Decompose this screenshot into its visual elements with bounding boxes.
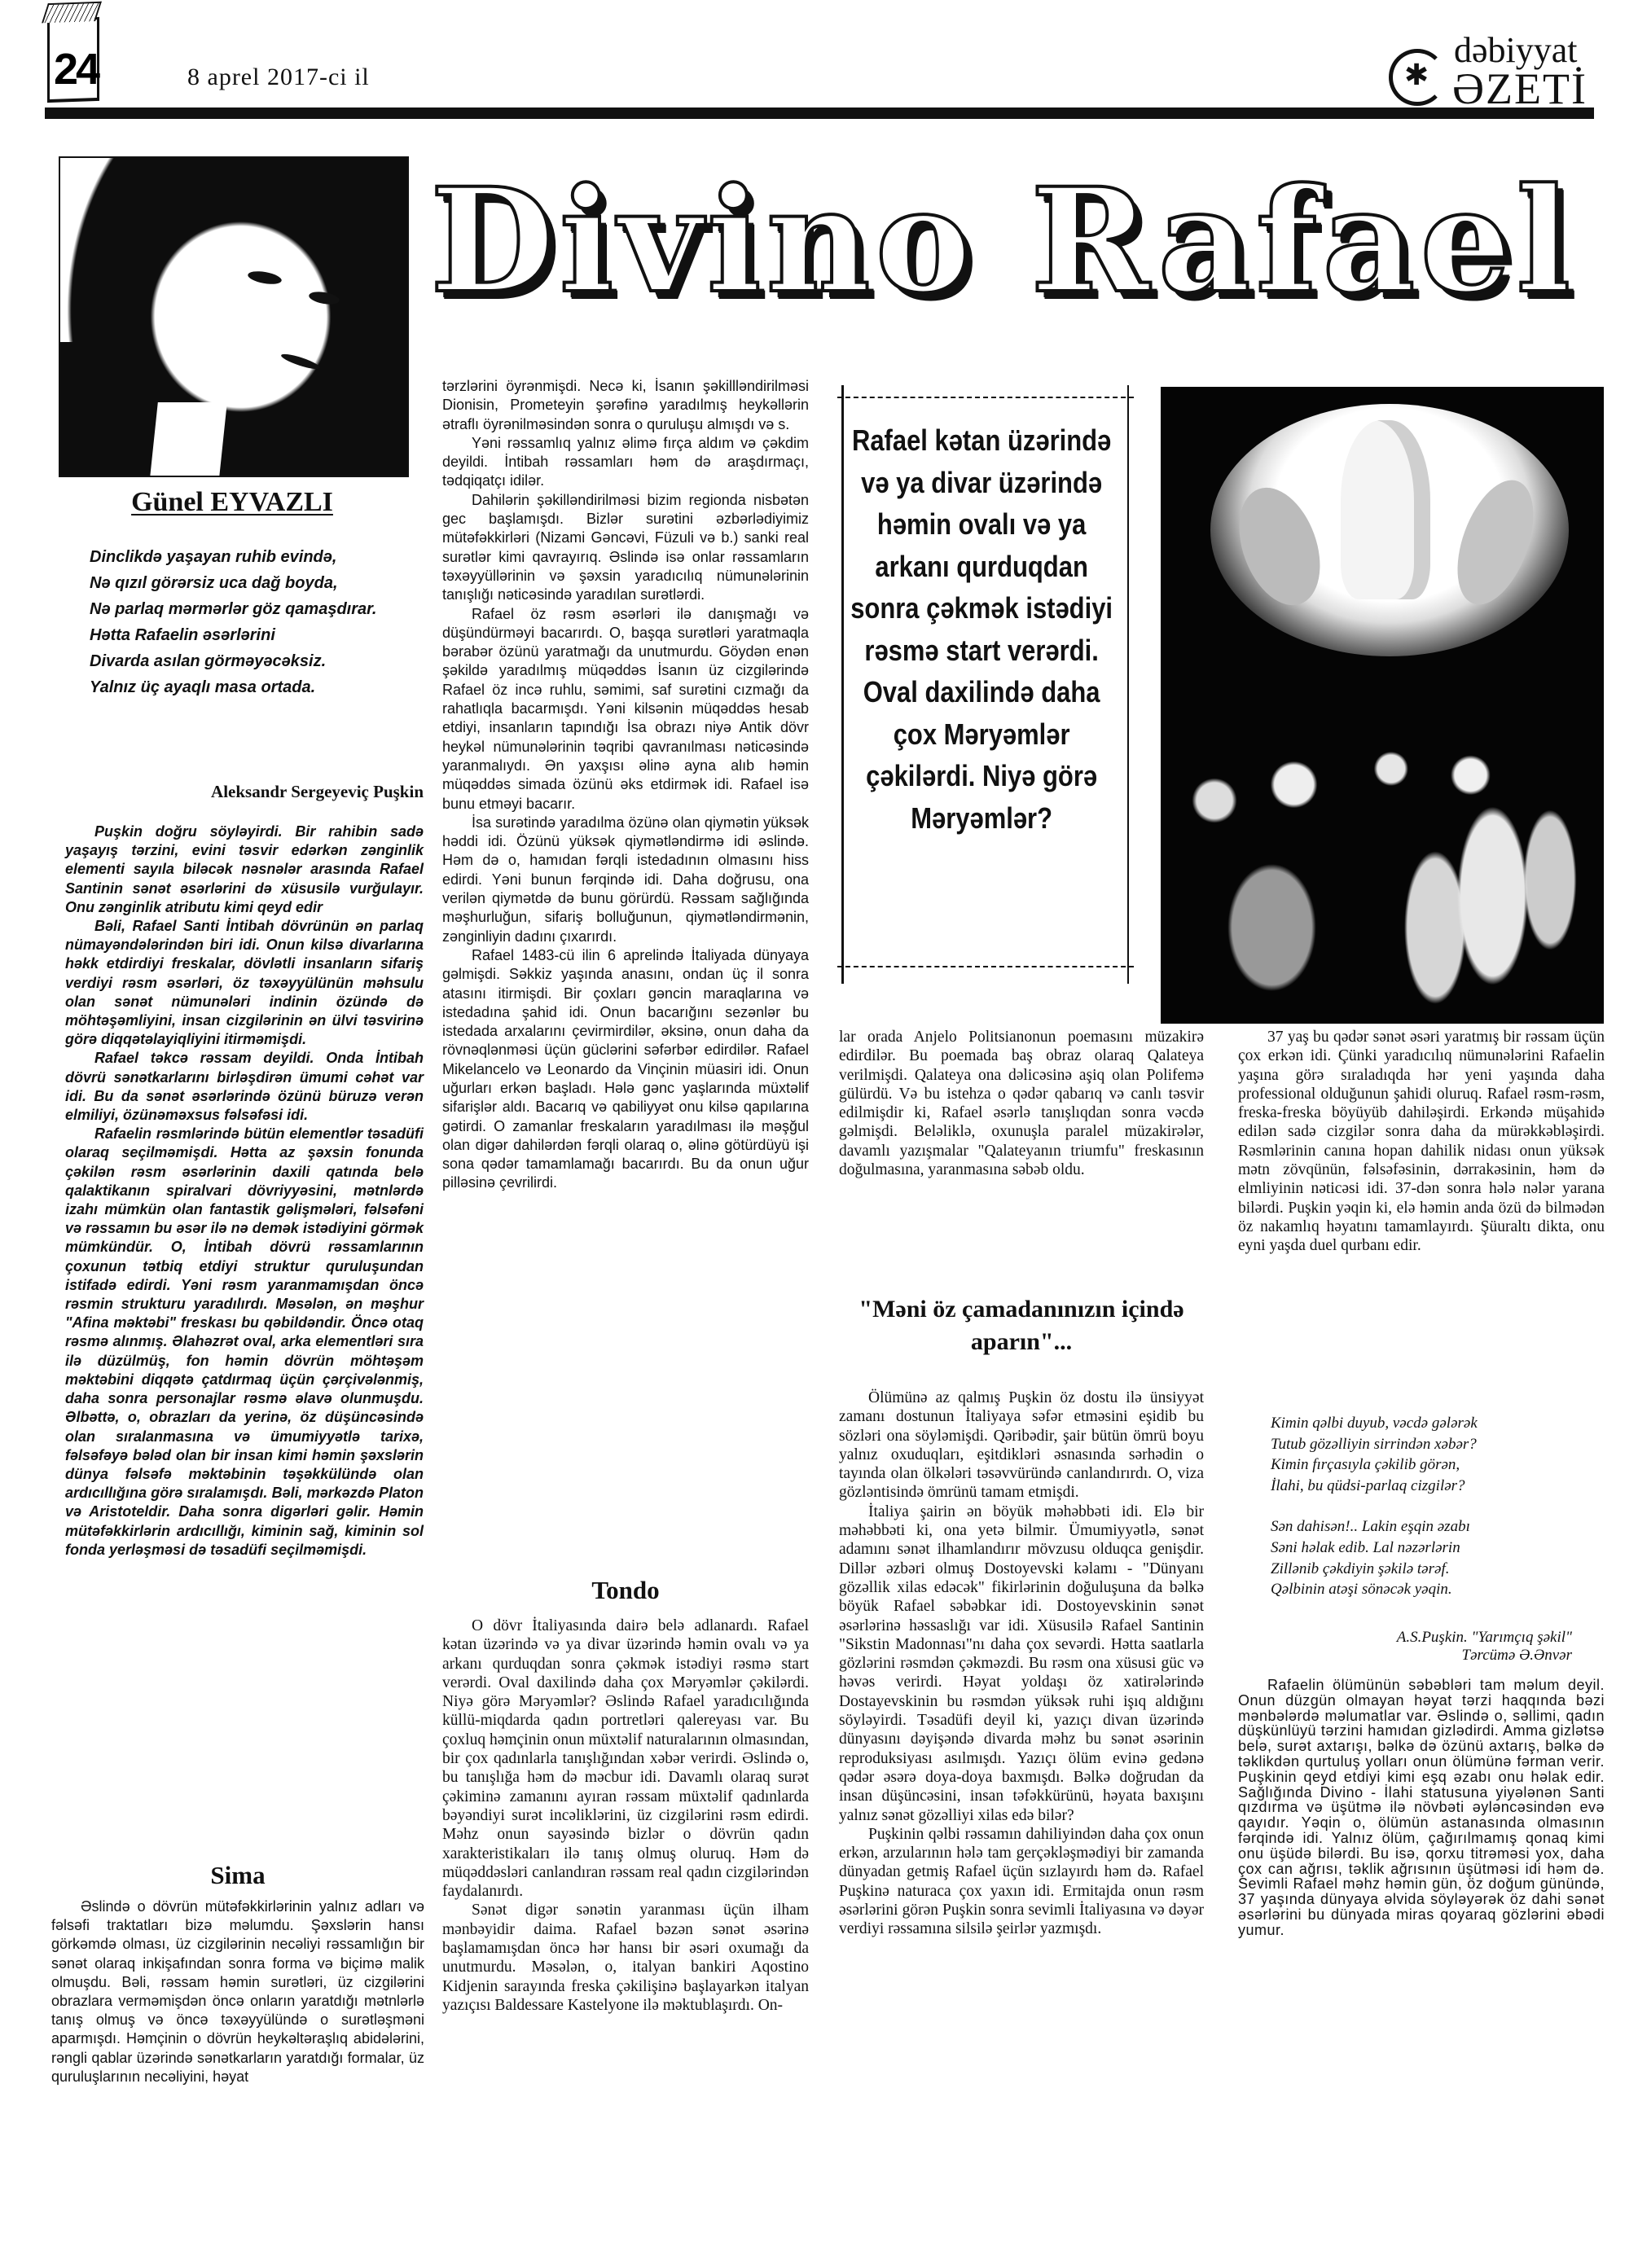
paragraph: Bəli, Rafael Santi İntibah dövrünün ən p… bbox=[65, 917, 424, 1049]
masthead-title-bottom: ƏZETİ bbox=[1452, 67, 1587, 111]
epigraph-author: Aleksandr Sergeyeviç Puşkin bbox=[122, 782, 424, 802]
masthead-emblem-icon bbox=[1389, 49, 1446, 106]
poem-line: Hətta Rafaelin əsərlərini bbox=[90, 622, 432, 648]
closing-poem: Kimin qəlbi duyub, vəcdə gələrək Tutub g… bbox=[1271, 1413, 1596, 1600]
paragraph: Yəni rəssamlıq yalnız əlimə fırça aldım … bbox=[442, 434, 809, 491]
poem-line: Divarda asılan görməyəcəksiz. bbox=[90, 648, 432, 674]
page-number: 24 bbox=[54, 47, 98, 91]
poem-line: Nə parlaq mərmərlər göz qamaşdırar. bbox=[90, 596, 432, 622]
paragraph: Rafael 1483-cü ilin 6 aprelində İtaliyad… bbox=[442, 946, 809, 1193]
pull-quote-text: Rafael kətan üzərində və ya divar üzərin… bbox=[847, 419, 1116, 839]
final-column: Rafaelin ölümünün səbəbləri tam məlum de… bbox=[1238, 1678, 1605, 1938]
paragraph: Rafael təkcə rəssam deyildi. Onda İntiba… bbox=[65, 1049, 424, 1125]
painting-image bbox=[1161, 387, 1604, 1024]
paragraph: İtaliya şairin ən böyük məhəbbəti idi. E… bbox=[839, 1502, 1204, 1825]
article-title: Divino Rafael bbox=[430, 169, 1587, 340]
poem-line: Qəlbinin atəşi sönəcək yəqin. bbox=[1271, 1579, 1596, 1600]
poem-credit: A.S.Puşkin. "Yarımçıq şəkil" Tərcümə Ə.Ə… bbox=[1287, 1629, 1572, 1665]
photo-background bbox=[60, 158, 407, 476]
masthead-title-top: dəbiyyat bbox=[1454, 33, 1578, 68]
stanza-gap bbox=[1271, 1496, 1596, 1516]
paragraph: Rafaelin rəsmlərində bütün elementlər tə… bbox=[65, 1125, 424, 1560]
column-2: tərzlərini öyrənmişdi. Necə ki, İsanın ş… bbox=[442, 377, 809, 1193]
section-heading-meni: "Məni öz çamadanınızın içində aparın"... bbox=[839, 1293, 1204, 1358]
section-heading-tondo: Tondo bbox=[442, 1576, 809, 1605]
poem-source: A.S.Puşkin. "Yarımçıq şəkil" bbox=[1287, 1629, 1572, 1647]
author-photo bbox=[59, 156, 409, 477]
paragraph: Dahilərin şəkilləndirilməsi bizim region… bbox=[442, 491, 809, 605]
tondo-column: O dövr İtaliyasında dairə belə adlanardı… bbox=[442, 1617, 809, 2015]
poem-translator: Tərcümə Ə.Ənvər bbox=[1287, 1647, 1572, 1665]
poem-line: Zillənib çəkdiyin şəkilə tərəf. bbox=[1271, 1559, 1596, 1580]
meni-column: Ölümünə az qalmış Puşkin öz dostu ilə ün… bbox=[839, 1388, 1204, 1939]
epigraph-poem: Dinclikdə yaşayan ruhib evində, Nə qızıl… bbox=[90, 544, 432, 700]
poem-line: Səni həlak edib. Lal nəzərlərin bbox=[1271, 1538, 1596, 1559]
paragraph: İsa surətində yaradılma özünə olan qiymə… bbox=[442, 814, 809, 946]
paragraph: Puşkin doğru söyləyirdi. Bir rahibin sad… bbox=[65, 823, 424, 917]
section-heading-sima: Sima bbox=[51, 1861, 424, 1890]
column-4: 37 yaş bu qədər sənət əsəri yaratmış bir… bbox=[1238, 1028, 1605, 1256]
paragraph: lar orada Anjelo Politsianonun poemasını… bbox=[839, 1028, 1204, 1179]
column-3: lar orada Anjelo Politsianonun poemasını… bbox=[839, 1028, 1204, 1179]
paragraph: O dövr İtaliyasında dairə belə adlanardı… bbox=[442, 1617, 809, 1901]
paragraph: 37 yaş bu qədər sənət əsəri yaratmış bir… bbox=[1238, 1028, 1605, 1256]
masthead-logo[interactable]: dəbiyyat ƏZETİ bbox=[1389, 33, 1592, 106]
paragraph: Sənət digər sənətin yaranması üçün ilham… bbox=[442, 1901, 809, 2015]
header-divider bbox=[45, 107, 1594, 119]
issue-date: 8 aprel 2017-ci il bbox=[187, 64, 370, 91]
poem-line: Tutub gözəlliyin sirrindən xəbər? bbox=[1271, 1434, 1596, 1455]
sima-column: Əslində o dövrün mütəfəkkirlərinin yalnı… bbox=[51, 1897, 424, 2086]
paragraph: tərzlərini öyrənmişdi. Necə ki, İsanın ş… bbox=[442, 377, 809, 434]
poem-line: Dinclikdə yaşayan ruhib evində, bbox=[90, 544, 432, 570]
poem-line: Kimin qəlbi duyub, vəcdə gələrək bbox=[1271, 1413, 1596, 1434]
photo-neck bbox=[150, 402, 227, 477]
poem-line: İlahi, bu qüdsi-parlaq cizgilər? bbox=[1271, 1476, 1596, 1497]
painting-central-figure bbox=[1341, 420, 1430, 599]
poem-line: Sən dahisən!.. Lakin eşqin əzabı bbox=[1271, 1516, 1596, 1538]
author-byline: Günel EYVAZLI bbox=[59, 487, 406, 518]
paragraph: Əslində o dövrün mütəfəkkirlərinin yalnı… bbox=[51, 1897, 424, 2086]
poem-line: Nə qızıl görərsiz uca dağ boyda, bbox=[90, 570, 432, 596]
paragraph: Puşkinin qəlbi rəssamın dahiliyindən dah… bbox=[839, 1825, 1204, 1939]
paragraph: Rafael öz rəsm əsərləri ilə danışmağı və… bbox=[442, 605, 809, 814]
painting-crowd bbox=[1162, 705, 1603, 1023]
paragraph: Rafaelin ölümünün səbəbləri tam məlum de… bbox=[1238, 1678, 1605, 1938]
paragraph: Ölümünə az qalmış Puşkin öz dostu ilə ün… bbox=[839, 1388, 1204, 1502]
intro-column: Puşkin doğru söyləyirdi. Bir rahibin sad… bbox=[65, 823, 424, 1560]
poem-line: Yalnız üç ayaqlı masa ortada. bbox=[90, 674, 432, 700]
poem-line: Kimin fırçasıyla çəkilib görən, bbox=[1271, 1454, 1596, 1476]
